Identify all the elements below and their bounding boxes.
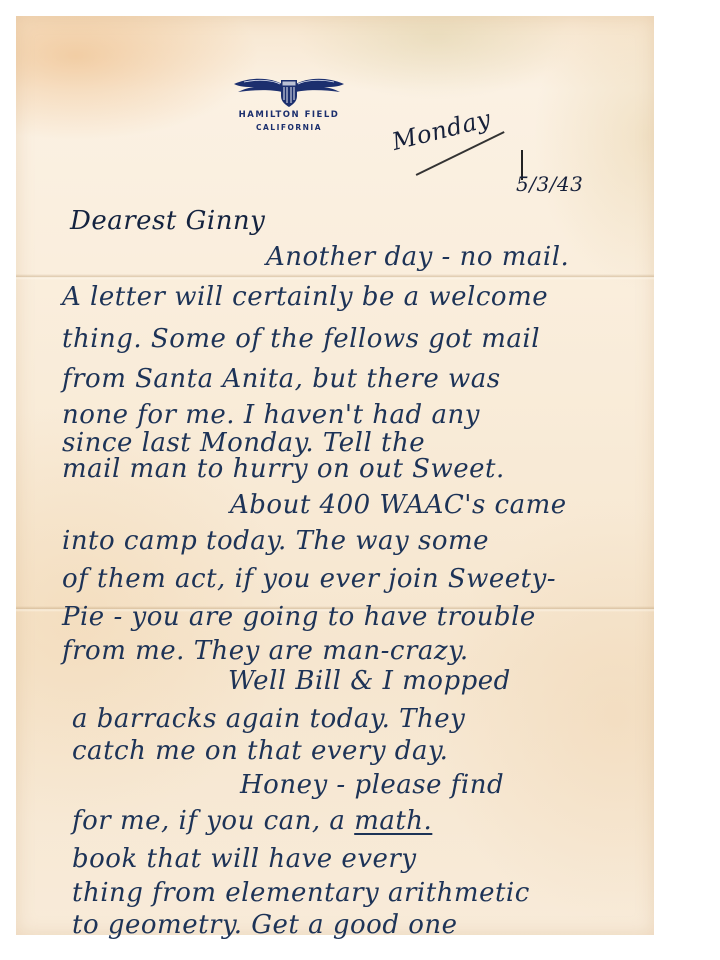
body-line-text: for me, if you can, a [72, 806, 345, 836]
body-line: Pie - you are going to have trouble [62, 604, 536, 630]
letterhead: HAMILTON FIELD CALIFORNIA [222, 72, 356, 132]
date-numeric: 5/3/43 [516, 172, 583, 196]
body-line: A letter will certainly be a welcome [62, 284, 548, 310]
army-air-forces-wings-icon [232, 72, 346, 108]
letterhead-state: CALIFORNIA [222, 123, 356, 132]
salutation: Dearest Ginny [70, 206, 265, 236]
body-line: thing from elementary arithmetic [72, 880, 530, 906]
body-line: Another day - no mail. [266, 244, 569, 270]
body-line: into camp today. The way some [62, 528, 489, 554]
body-line: for me, if you can, a math. [72, 808, 432, 834]
letter-paper: HAMILTON FIELD CALIFORNIA Monday 5/3/43 … [16, 16, 654, 935]
body-line: mail man to hurry on out Sweet. [62, 456, 505, 482]
date-day: Monday [389, 104, 494, 156]
body-line: of them act, if you ever join Sweety- [62, 566, 556, 592]
body-line: a barracks again today. They [72, 706, 465, 732]
underlined-word: math. [354, 806, 432, 836]
body-line: Well Bill & I mopped [228, 668, 511, 694]
letterhead-location: HAMILTON FIELD [222, 110, 356, 120]
body-line: thing. Some of the fellows got mail [62, 326, 540, 352]
body-line: book that will have every [72, 846, 417, 872]
body-line: About 400 WAAC's came [230, 492, 567, 518]
body-line: to geometry. Get a good one [72, 912, 458, 938]
body-line: from Santa Anita, but there was [62, 366, 501, 392]
body-line: none for me. I haven't had any [62, 402, 480, 428]
body-line: from me. They are man-crazy. [62, 638, 469, 664]
fold-line [16, 274, 654, 280]
body-line: since last Monday. Tell the [62, 430, 425, 456]
body-line: Honey - please find [240, 772, 504, 798]
body-line: catch me on that every day. [72, 738, 448, 764]
